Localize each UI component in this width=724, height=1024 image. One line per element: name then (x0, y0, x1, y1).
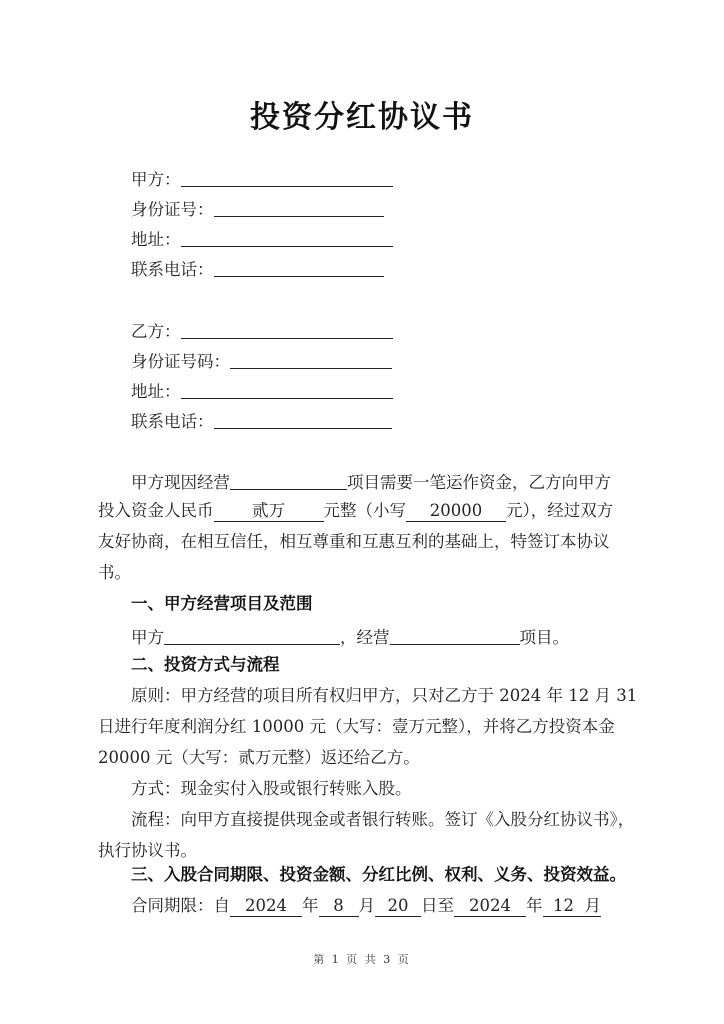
party-a-id-row: 身份证号： (131, 196, 384, 221)
year-label: 年 (302, 896, 319, 915)
principle-line-3: 20000 元（大写：贰万元整）返还给乙方。 (98, 747, 420, 769)
year-label: 年 (526, 896, 543, 915)
party-a-phone-row: 联系电话： (131, 256, 384, 281)
business-project-field[interactable] (390, 626, 520, 645)
end-year-field[interactable]: 2024 (454, 896, 526, 917)
start-day-field[interactable]: 20 (375, 896, 421, 917)
intro-text: 甲方现因经营 (131, 473, 230, 492)
document-page: 投资分红协议书 甲方： 身份证号： 地址： 联系电话： 乙方： 身份证号码： 地… (0, 0, 724, 1024)
party-a-phone-label: 联系电话： (131, 260, 214, 279)
end-month-field[interactable]: 12 (543, 896, 585, 917)
intro-text: 投入资金人民币 (98, 501, 214, 520)
section-1-heading: 一、甲方经营项目及范围 (131, 593, 313, 615)
party-b-name-row: 乙方： (131, 318, 393, 343)
intro-line-4: 书。 (98, 562, 131, 584)
intro-line-1: 甲方现因经营项目需要一笔运作资金，乙方向甲方 (131, 469, 611, 494)
party-a-name-field[interactable] (181, 168, 393, 187)
party-a-id-field[interactable] (214, 198, 384, 217)
party-b-phone-row: 联系电话： (131, 408, 392, 433)
day-to-label: 日至 (421, 896, 454, 915)
section-1-text: 甲方 (131, 628, 164, 647)
intro-line-2: 投入资金人民币贰万元整（小写20000元），经过双方 (98, 500, 613, 522)
section-1-line: 甲方，经营项目。 (131, 624, 569, 649)
party-b-address-label: 地址： (131, 382, 181, 401)
project-name-field[interactable] (230, 471, 347, 490)
document-title: 投资分红协议书 (0, 92, 724, 136)
party-a-name-label: 甲方： (131, 170, 181, 189)
intro-line-3: 友好协商，在相互信任，相互尊重和互惠互利的基础上，特签订本协议 (98, 531, 610, 553)
party-a-business-name-field[interactable] (164, 626, 340, 645)
party-b-name-field[interactable] (181, 320, 393, 339)
party-b-id-row: 身份证号码： (131, 348, 392, 373)
month-label: 月 (585, 896, 602, 917)
party-b-address-field[interactable] (181, 380, 393, 399)
party-b-phone-field[interactable] (214, 410, 392, 429)
section-3-heading: 三、入股合同期限、投资金额、分红比例、权利、义务、投资效益。 (131, 864, 626, 886)
intro-text: 项目需要一笔运作资金，乙方向甲方 (347, 473, 611, 492)
contract-term-line: 合同期限：自2024年8月20日至2024年12月 (131, 895, 601, 917)
process-line-2: 执行协议书。 (98, 840, 197, 862)
amount-upper-field[interactable]: 贰万 (214, 501, 324, 522)
party-a-id-label: 身份证号： (131, 200, 214, 219)
party-a-address-row: 地址： (131, 226, 393, 251)
method-line: 方式：现金实付入股或银行转账入股。 (131, 778, 412, 800)
month-label: 月 (359, 896, 376, 915)
start-month-field[interactable]: 8 (319, 896, 359, 917)
party-a-name-row: 甲方： (131, 166, 393, 191)
principle-line-1: 原则：甲方经营的项目所有权归甲方，只对乙方于 2024 年 12 月 31 (131, 685, 637, 707)
party-b-address-row: 地址： (131, 378, 393, 403)
section-1-text: ，经营 (340, 628, 390, 647)
party-b-name-label: 乙方： (131, 322, 181, 341)
term-label: 合同期限：自 (131, 896, 230, 915)
intro-text: 元），经过双方 (506, 501, 613, 520)
principle-line-2: 日进行年度利润分红 10000 元（大写：壹万元整），并将乙方投资本金 (98, 716, 615, 738)
party-b-id-field[interactable] (230, 350, 392, 369)
party-a-address-label: 地址： (131, 230, 181, 249)
party-a-address-field[interactable] (181, 228, 393, 247)
party-b-id-label: 身份证号码： (131, 352, 230, 371)
amount-lower-field[interactable]: 20000 (406, 501, 506, 522)
party-b-phone-label: 联系电话： (131, 412, 214, 431)
party-a-phone-field[interactable] (214, 258, 384, 277)
intro-text: 元整（小写 (324, 501, 407, 520)
page-indicator: 第 1 页 共 3 页 (0, 951, 724, 967)
start-year-field[interactable]: 2024 (230, 896, 302, 917)
process-line-1: 流程：向甲方直接提供现金或者银行转账。签订《入股分红协议书》， (131, 809, 634, 831)
section-1-text: 项目。 (520, 628, 570, 647)
section-2-heading: 二、投资方式与流程 (131, 654, 280, 676)
